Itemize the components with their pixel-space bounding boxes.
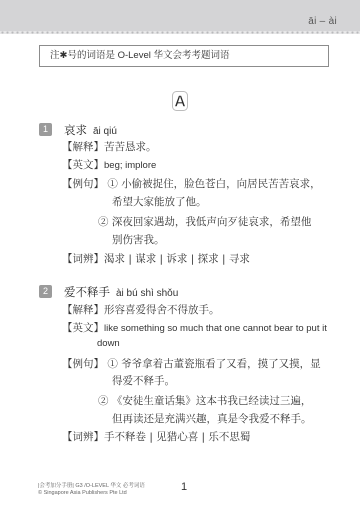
example-line: 【例句】 ① 小偷被捉住，脸色苍白，向居民苦苦哀求， <box>62 177 321 191</box>
definition-text: 苦苦恳求。 <box>104 141 157 153</box>
page-number: 1 <box>181 481 187 493</box>
entry-number-badge: 1 <box>39 123 52 136</box>
example-marker: ① <box>107 358 118 370</box>
related-label: 【词辨】 <box>62 430 104 444</box>
example-line: 【例句】 ① 爷爷拿着古董瓷瓶看了又看，摸了又摸，显 <box>62 357 321 371</box>
example-marker: ① <box>107 178 118 190</box>
footer-series: |会考加分手册| G3 /O-LEVEL 华文 必考词语 <box>38 481 145 489</box>
entry-number-badge: 2 <box>39 285 52 298</box>
svg-text:A: A <box>174 94 186 111</box>
headword-pinyin: āi qiú <box>93 126 117 137</box>
headword-text: 哀求 <box>64 123 87 137</box>
header-dotted-divider <box>0 31 360 34</box>
english-label: 【英文】 <box>62 321 104 335</box>
english-text: like something so much that one cannot b… <box>104 323 327 334</box>
related-words-line: 【词辨】手不释卷 | 见猎心喜 | 乐不思蜀 <box>62 430 250 444</box>
header-range: āi – ài <box>308 16 337 27</box>
note-box: 注✱号的词语是 O-Level 华文会考考题词语 <box>39 45 329 67</box>
definition-label: 【解释】 <box>62 140 104 154</box>
related-words: 手不释卷 | 见猎心喜 | 乐不思蜀 <box>104 431 250 443</box>
definition-line: 【解释】苦苦恳求。 <box>62 140 157 154</box>
entry-headword: 哀求āi qiú <box>64 122 117 138</box>
related-words-line: 【词辨】渴求 | 谋求 | 诉求 | 探求 | 寻求 <box>62 252 250 266</box>
section-letter-badge: A <box>172 91 188 111</box>
related-words: 渴求 | 谋求 | 诉求 | 探求 | 寻求 <box>104 253 250 265</box>
example-text: 深夜回家遇劫，我低声向歹徒哀求，希望他 <box>112 216 312 228</box>
example-marker: ② <box>98 395 109 407</box>
definition-label: 【解释】 <box>62 303 104 317</box>
examples-label: 【例句】 <box>62 177 104 191</box>
example-marker: ② <box>98 216 109 228</box>
footer-copyright: © Singapore Asia Publishers Pte Ltd <box>38 490 127 496</box>
english-line: 【英文】beg; implore <box>62 158 156 173</box>
example-line-cont: 别伤害我。 <box>112 233 165 247</box>
example-text: 小偷被捉住，脸色苍白，向居民苦苦哀求， <box>121 178 321 190</box>
english-text-cont: down <box>97 337 120 351</box>
example-line: ② 深夜回家遇劫，我低声向歹徒哀求，希望他 <box>98 215 311 229</box>
english-label: 【英文】 <box>62 158 104 172</box>
example-line-cont: 得爱不释手。 <box>112 374 175 388</box>
entry-headword: 爱不释手ài bú shì shǒu <box>64 284 178 300</box>
example-text: 《安徒生童话集》这本书我已经读过三遍， <box>112 395 312 407</box>
related-label: 【词辨】 <box>62 252 104 266</box>
example-line: ② 《安徒生童话集》这本书我已经读过三遍， <box>98 394 311 408</box>
english-text: beg; implore <box>104 160 156 171</box>
examples-label: 【例句】 <box>62 357 104 371</box>
headword-pinyin: ài bú shì shǒu <box>116 288 178 299</box>
definition-line: 【解释】形容喜爱得舍不得放手。 <box>62 303 220 317</box>
example-line-cont: 但再读还是充满兴趣，真是令我爱不释手。 <box>112 412 312 426</box>
definition-text: 形容喜爱得舍不得放手。 <box>104 304 220 316</box>
example-text: 爷爷拿着古董瓷瓶看了又看，摸了又摸，显 <box>121 358 321 370</box>
english-line: 【英文】like something so much that one cann… <box>62 321 327 336</box>
headword-text: 爱不释手 <box>64 285 110 299</box>
page-header: āi – ài <box>0 0 360 32</box>
example-line-cont: 希望大家能放了他。 <box>112 195 207 209</box>
